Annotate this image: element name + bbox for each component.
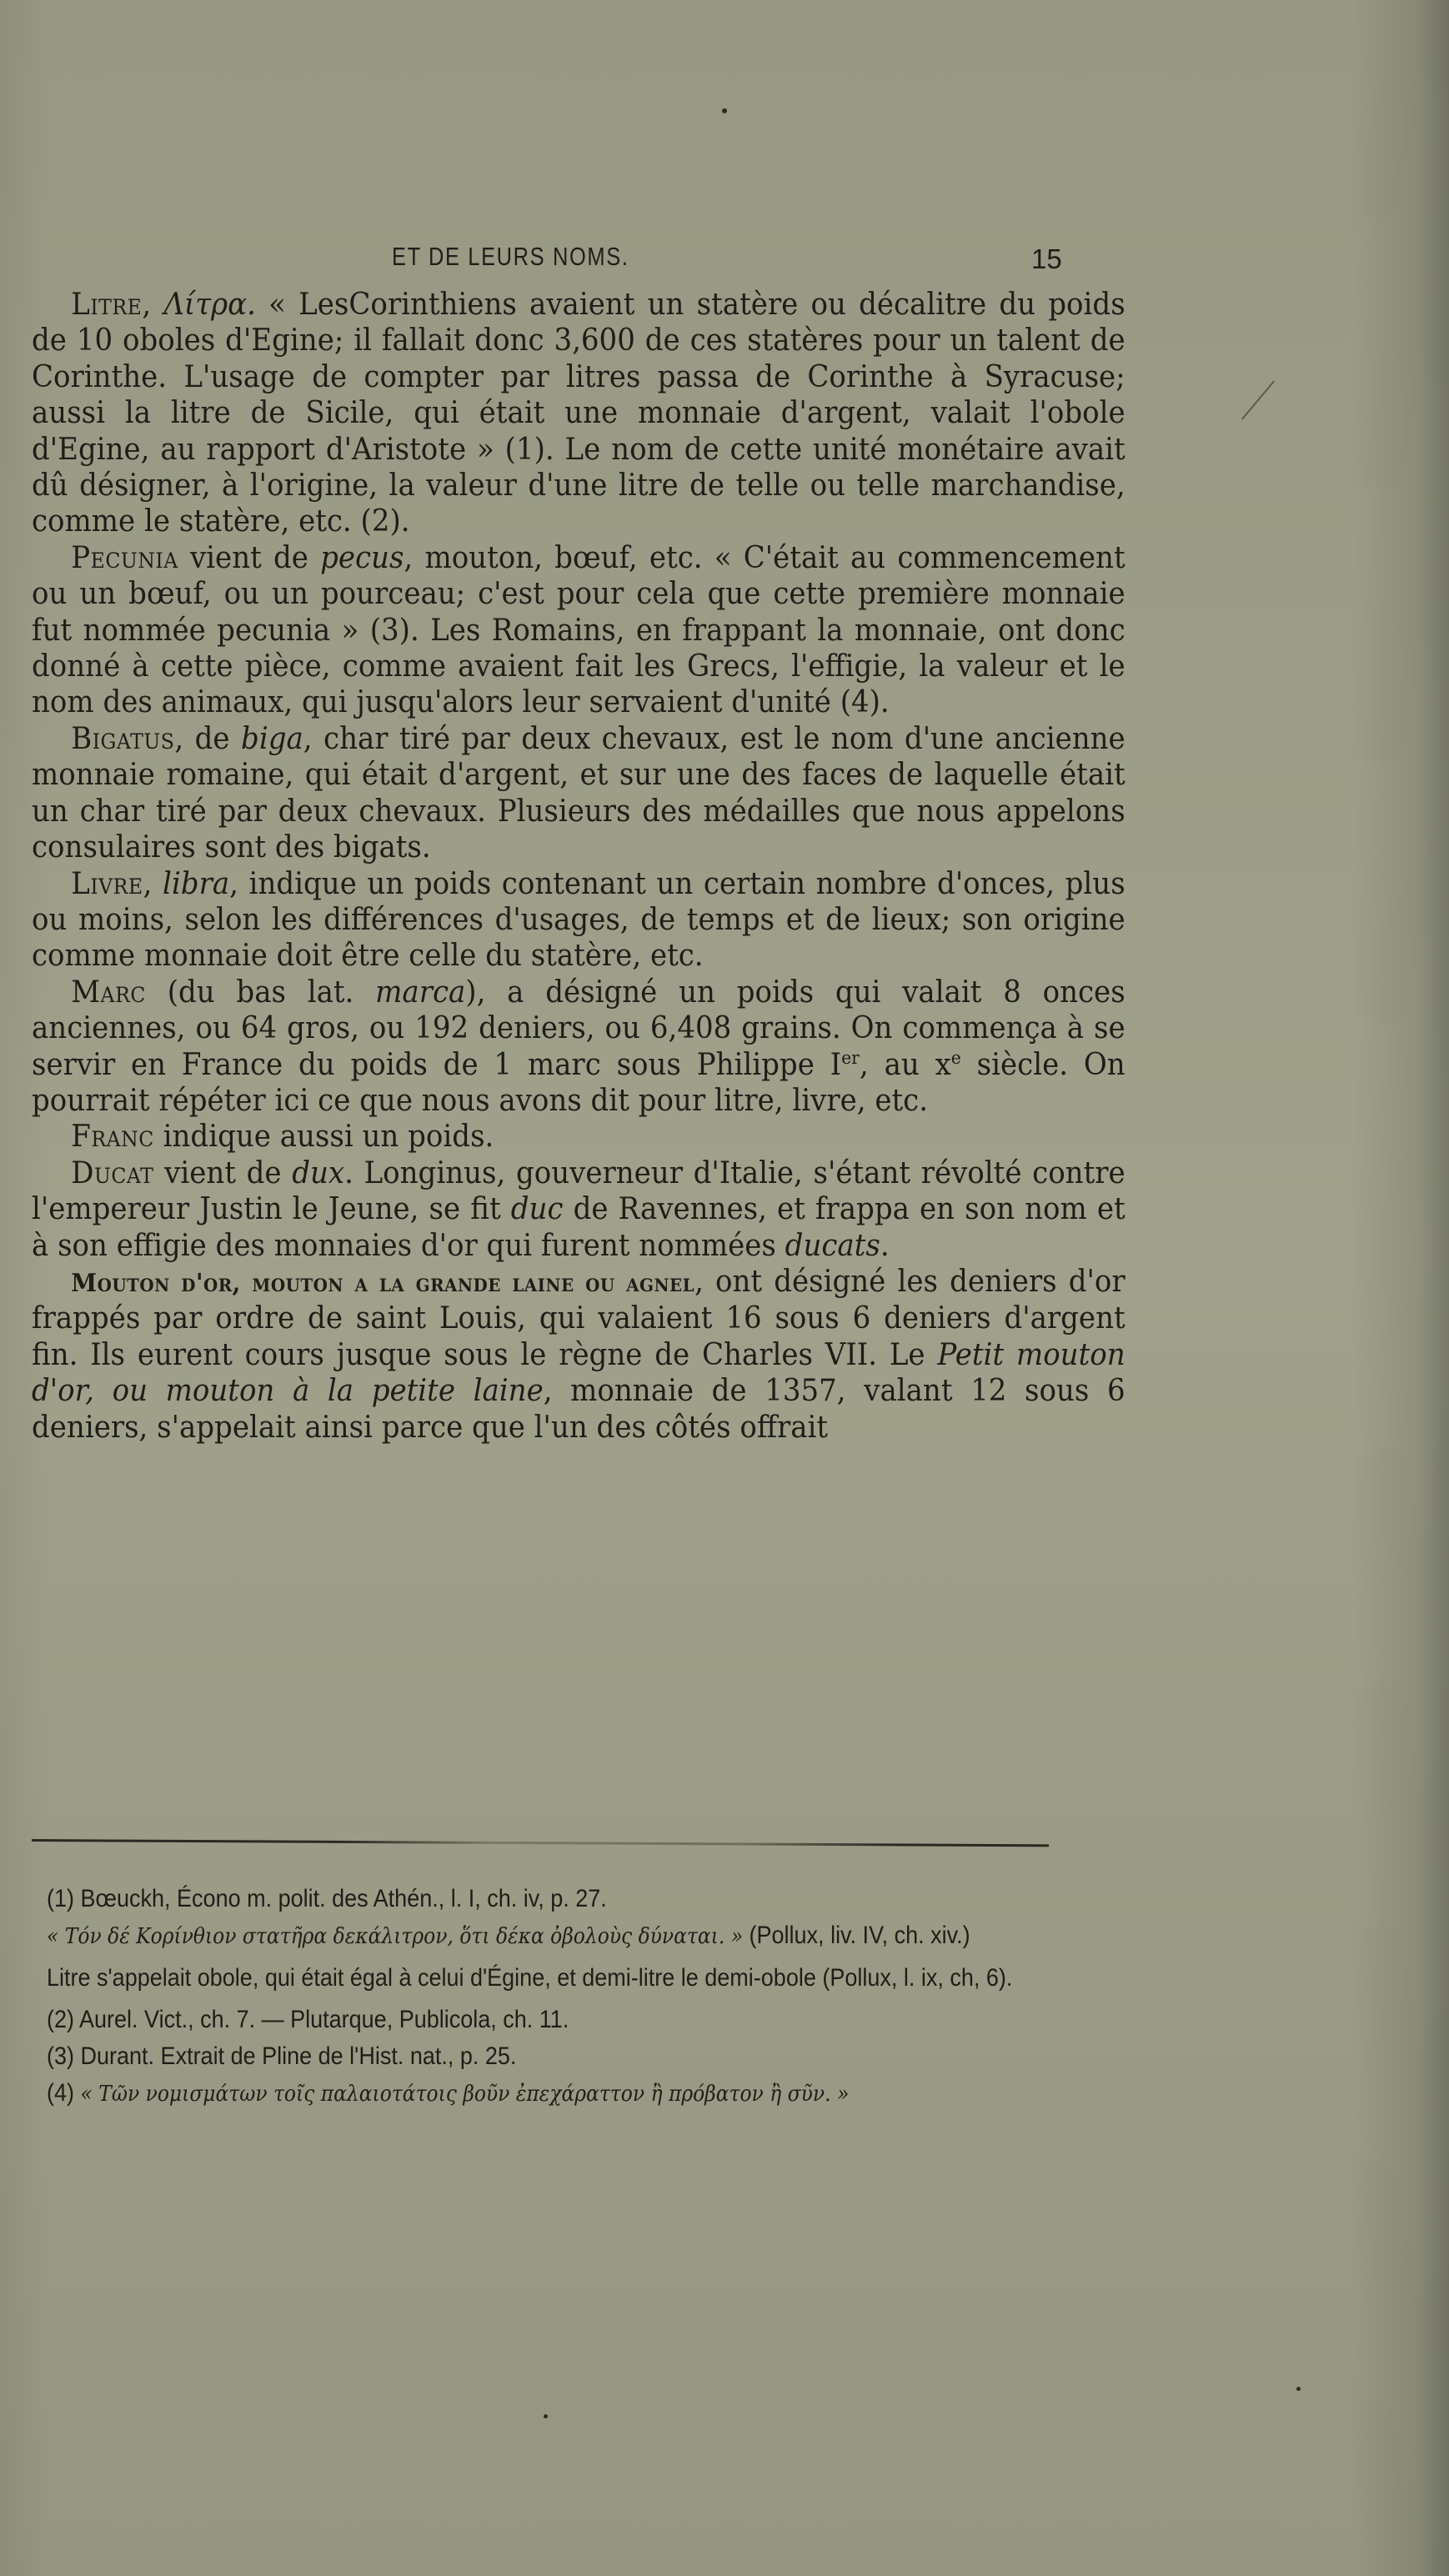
entry-head: Bigatus [71,722,174,756]
footnote-marker: (3) [47,2042,74,2070]
entry-head: Mouton d'or, mouton a la grande laine ou… [71,1268,694,1297]
entry-head: Pecunia [71,541,178,575]
superscript: e [951,1048,961,1069]
italic-term: ducats [785,1229,880,1263]
footnote-marker: (2) [47,2006,74,2033]
page-number: 15 [1031,243,1062,275]
scanned-book-page: ET DE LEURS NOMS. 15 Litre, Λίτρα. « Les… [0,0,1449,2576]
running-title: ET DE LEURS NOMS. [392,242,939,272]
paragraph-bigatus: Bigatus, de biga, char tiré par deux che… [32,721,1126,866]
main-text: Litre, Λίτρα. « LesCorinthiens avaient u… [32,287,1126,1446]
footnote-1: (1) Bœuckh, Écono m. polit. des Athén., … [32,1882,1120,1916]
entry-head: Litre [71,288,142,322]
footnote-text: Bœuckh, Écono m. polit. des Athén., l. I… [81,1885,607,1912]
superscript: er [841,1048,860,1069]
footnote-text: (Pollux, liv. IV, ch. xiv.) [743,1922,970,1949]
italic-term: marca [375,975,465,1010]
paper-speck [1296,2387,1301,2391]
entry-head: Livre [71,867,143,901]
greek-quote: « Τόν δέ Κορίνθιον στατῆρα δεκάλιτρον, ὅ… [47,1924,743,1949]
footnote-3: (3) Durant. Extrait de Pline de l'Hist. … [32,2040,1120,2073]
footnote-divider [32,1839,1049,1847]
italic-term: libra [163,867,229,901]
footnote-marker: (4) [47,2079,74,2107]
paragraph-litre: Litre, Λίτρα. « LesCorinthiens avaient u… [32,287,1126,540]
footnote-text: Aurel. Vict., ch. 7. — Plutarque, Public… [79,2006,569,2033]
paragraph-text: , de [174,722,229,756]
paper-speck [722,108,727,113]
footnote-1-greek: « Τόν δέ Κορίνθιον στατῆρα δεκάλιτρον, ὅ… [32,1919,1120,1953]
paragraph-pecunia: Pecunia vient de pecus, mouton, bœuf, et… [32,540,1126,721]
greek-term: Λίτρα. [163,288,256,322]
entry-head: Ducat [71,1156,153,1190]
italic-term: pecus [320,541,404,575]
paragraph-livre: Livre, libra, indique un poids contenant… [32,866,1126,975]
paper-scratch [1241,380,1275,419]
paragraph-text: , [143,867,153,901]
footnote-text: Durant. Extrait de Pline de l'Hist. nat.… [81,2042,517,2070]
footnotes: (1) Bœuckh, Écono m. polit. des Athén., … [32,1882,1120,2114]
paragraph-text: , au x [860,1048,951,1082]
footnote-1-cont: Litre s'appelait obole, qui était égal à… [32,1962,1120,1995]
footnote-2: (2) Aurel. Vict., ch. 7. — Plutarque, Pu… [32,2003,1120,2037]
paragraph-text: . [880,1229,890,1263]
paragraph-text: vient de [190,541,308,575]
paper-speck [544,2414,548,2418]
paragraph-text: (du bas lat. [168,975,354,1010]
italic-term: biga [241,722,303,756]
paragraph-mouton: Mouton d'or, mouton a la grande laine ou… [32,1264,1126,1446]
paragraph-text: vient de [164,1156,281,1190]
entry-head: Franc [71,1120,154,1154]
paragraph-ducat: Ducat vient de dux. Longinus, gouverneur… [32,1155,1126,1264]
greek-quote: « Τῶν νομισμάτων τοῖς παλαιοτάτοις βοῦν … [81,2082,850,2107]
footnote-marker: (1) [47,1885,74,1912]
paragraph-marc: Marc (du bas lat. marca), a désigné un p… [32,975,1126,1120]
paragraph-franc: Franc indique aussi un poids. [32,1119,1126,1155]
paragraph-text: indique aussi un poids. [154,1120,494,1154]
paragraph-text: « LesCorinthiens avaient un statère ou d… [32,288,1126,539]
footnote-4: (4) « Τῶν νομισμάτων τοῖς παλαιοτάτοις β… [32,2077,1120,2111]
footnote-text: Litre s'appelait obole, qui était égal à… [47,1964,1012,1992]
italic-term: dux [292,1156,344,1190]
italic-term: duc [511,1192,564,1226]
entry-head: Marc [71,975,146,1010]
